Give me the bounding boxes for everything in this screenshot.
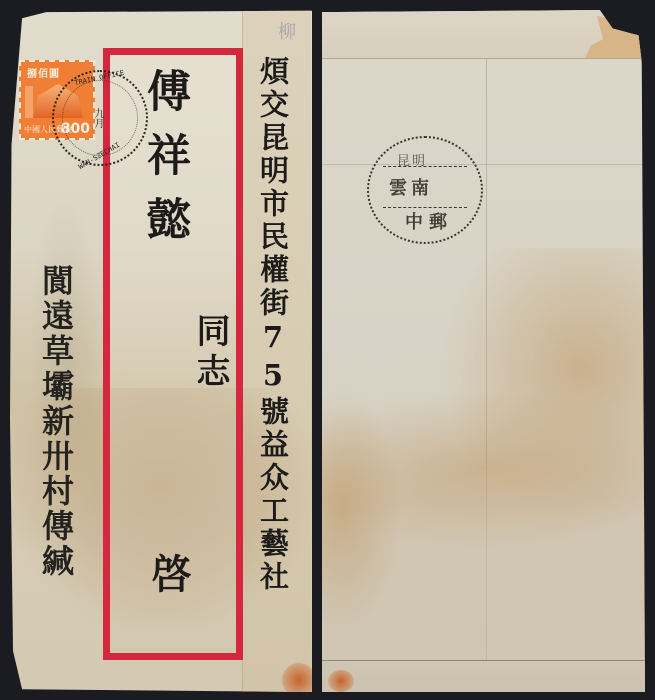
closing-character: 啓 bbox=[140, 553, 197, 593]
envelope-front: 捌佰圓 中國人民郵政 800 TRAIN OFFICE 九月 WAN-SZECH… bbox=[10, 8, 312, 692]
receiving-postmark-middle: 雲南 bbox=[389, 174, 433, 200]
sender-address: 閬遠草壩新卅村傳緘 bbox=[40, 264, 72, 579]
rust-spot bbox=[282, 663, 312, 692]
recipient-title: 同志 bbox=[186, 313, 235, 393]
receiving-postmark: 昆明 雲南 中郵 bbox=[367, 136, 483, 244]
stamp-tower-icon bbox=[25, 86, 33, 118]
receiving-postmark-top: 昆明 bbox=[397, 150, 427, 169]
receiving-postmark-bottom: 中郵 bbox=[405, 208, 453, 234]
rust-spot-back bbox=[328, 670, 354, 692]
postmark-date: 九月 bbox=[90, 108, 105, 128]
stamp-value-chinese: 捌佰圓 bbox=[27, 65, 60, 80]
pencil-mark: 柳 bbox=[272, 22, 298, 40]
water-stain-back bbox=[322, 248, 645, 668]
recipient-name: 傅祥懿 bbox=[142, 68, 186, 260]
recipient-address: 煩交昆明市民權街75號益众工藝社 bbox=[258, 56, 287, 594]
bottom-flap bbox=[322, 660, 645, 692]
fold-line bbox=[322, 164, 645, 165]
envelope-back: 昆明 雲南 中郵 bbox=[322, 8, 645, 692]
departure-postmark: TRAIN OFFICE 九月 WAN-SZECHAI bbox=[52, 70, 148, 166]
